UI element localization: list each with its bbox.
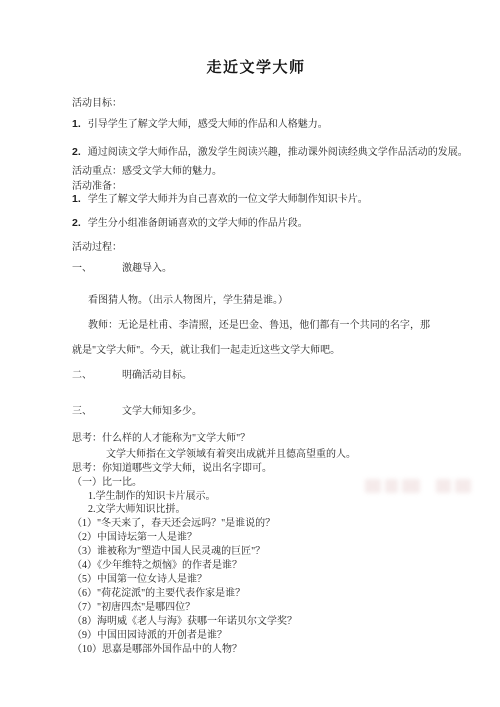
- quiz-item-6: （6）"荷花淀派"的主要代表作家是谁？: [72, 587, 440, 600]
- prep-item-2: 2.学生分小组准备朗诵喜欢的文学大师的作品片段。: [72, 217, 440, 230]
- focus-line: 活动重点：感受文学大师的魅力。: [72, 165, 440, 178]
- quiz-item-7: （7）"初唐四杰"是哪四位？: [72, 601, 440, 614]
- watermark: [365, 479, 471, 494]
- watermark-glyph: [402, 479, 420, 493]
- prep-2-text: 学生分小组准备朗诵喜欢的文学大师的作品片段。: [88, 218, 308, 229]
- teacher-paragraph: 教师：无论是杜甫、李清照，还是巴金、鲁迅，他们都有一个共同的名字，那就是"文学大…: [72, 313, 430, 364]
- prep-heading: 活动准备：: [72, 180, 440, 193]
- watermark-glyph: [436, 479, 451, 493]
- process-step-3: 三、文学大师知多少。: [72, 405, 440, 418]
- watermark-glyph: [455, 479, 471, 493]
- think-answer-1: 文学大师指在文学领域有着突出成就并且德高望重的人。: [106, 448, 440, 461]
- goal-item-2: 2.通过阅读文学大师作品，激发学生阅读兴趣，推动课外阅读经典文学作品活动的发展。: [72, 146, 440, 159]
- step-3-text: 文学大师知多少。: [122, 406, 202, 417]
- think-question-2: 思考：你知道哪些文学大师，说出名字即可。: [72, 462, 440, 475]
- process-heading: 活动过程：: [72, 241, 440, 254]
- quiz-item-3: （3）谁被称为"塑造中国人民灵魂的巨匠"？: [72, 545, 440, 558]
- guess-line: 看图猜人物。（出示人物图片，学生猜是谁。）: [88, 294, 440, 307]
- page-title: 走近文学大师: [72, 0, 440, 79]
- prep-1-text: 学生了解文学大师并为自己喜欢的一位文学大师制作知识卡片。: [88, 194, 368, 205]
- goal-2-text: 通过阅读文学大师作品，激发学生阅读兴趣，推动课外阅读经典文学作品活动的发展。: [88, 147, 468, 158]
- process-step-2: 二、明确活动目标。: [72, 369, 440, 382]
- prep-item-1: 1.学生了解文学大师并为自己喜欢的一位文学大师制作知识卡片。: [72, 193, 440, 206]
- step-3-number: 三、: [72, 405, 122, 418]
- watermark-gap: [424, 479, 432, 480]
- prep-1-number: 1.: [72, 193, 81, 205]
- quiz-item-5: （5）中国第一位女诗人是谁？: [72, 573, 440, 586]
- goal-1-text: 引导学生了解文学大师，感受大师的作品和人格魅力。: [88, 119, 328, 130]
- quiz-item-1: （1）"冬天来了，春天还会远吗？"是谁说的？: [72, 517, 440, 530]
- think-question-1: 思考：什么样的人才能称为"文学大师"？: [72, 432, 440, 445]
- step-1-text: 激趣导入。: [122, 263, 172, 274]
- document-content: 走近文学大师 活动目标： 1.引导学生了解文学大师，感受大师的作品和人格魅力。 …: [0, 0, 500, 656]
- document-page: 走近文学大师 活动目标： 1.引导学生了解文学大师，感受大师的作品和人格魅力。 …: [0, 0, 500, 707]
- step-2-text: 明确活动目标。: [122, 370, 192, 381]
- prep-2-number: 2.: [72, 217, 81, 229]
- step-1-number: 一、: [72, 262, 122, 275]
- goal-2-number: 2.: [72, 146, 81, 158]
- quiz-item-9: （9）中国田园诗派的开创者是谁？: [72, 629, 440, 642]
- compare-item-2: 2.文学大师知识比拼。: [88, 503, 440, 516]
- process-step-1: 一、激趣导入。: [72, 262, 440, 275]
- quiz-item-8: （8）海明威《老人与海》获哪一年诺贝尔文学奖？: [72, 615, 440, 628]
- goal-item-1: 1.引导学生了解文学大师，感受大师的作品和人格魅力。: [72, 118, 440, 131]
- watermark-glyph: [365, 479, 381, 493]
- goal-1-number: 1.: [72, 118, 81, 130]
- quiz-item-2: （2）中国诗坛第一人是谁？: [72, 531, 440, 544]
- goals-heading: 活动目标：: [72, 97, 440, 110]
- watermark-glyph: [385, 479, 398, 493]
- quiz-item-4: （4）《少年维特之烦恼》的作者是谁？: [72, 559, 440, 572]
- quiz-item-10: （10）思嘉是哪部外国作品中的人物？: [72, 643, 440, 656]
- step-2-number: 二、: [72, 369, 122, 382]
